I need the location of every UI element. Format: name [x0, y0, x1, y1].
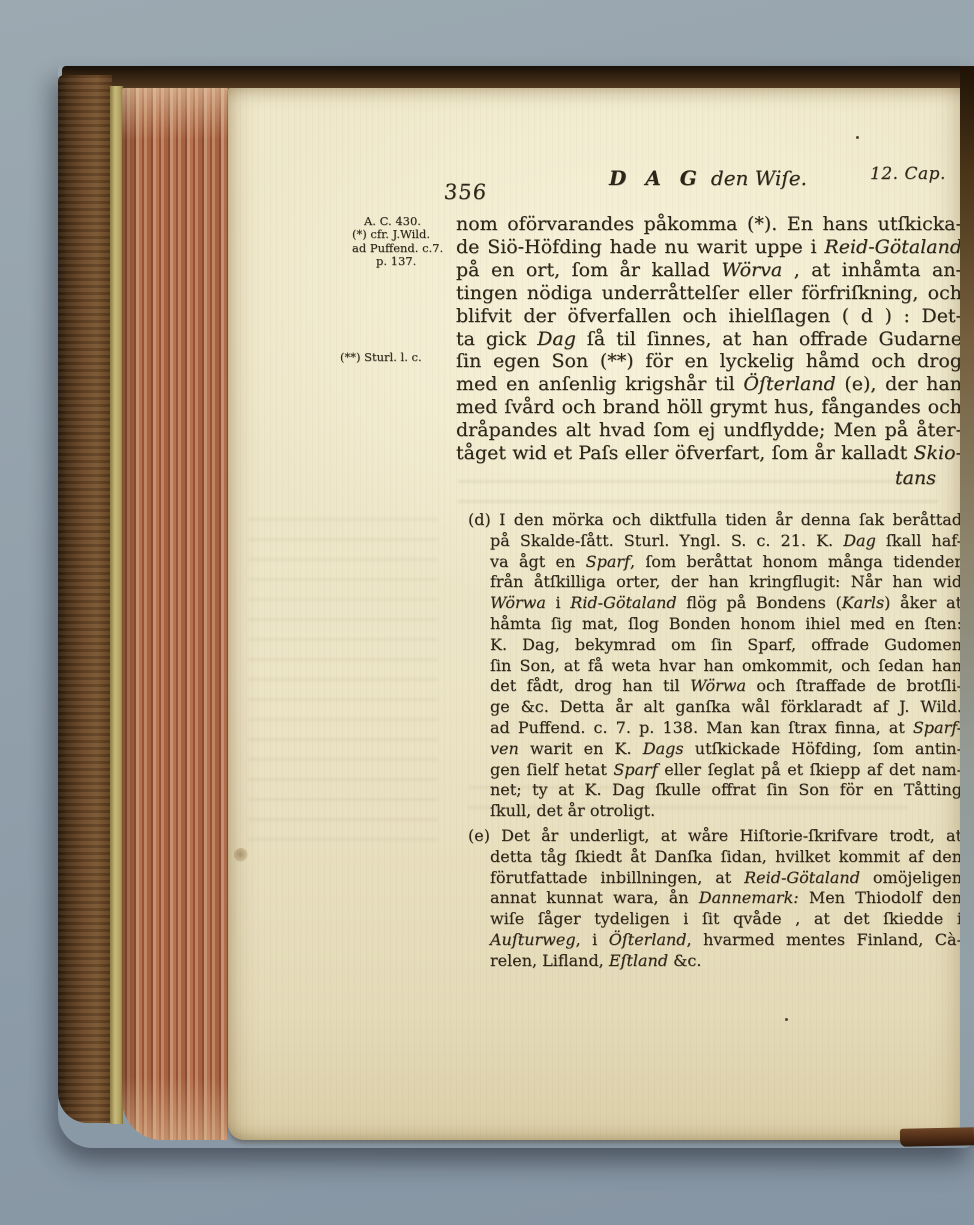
running-title-caps: D A G — [609, 166, 703, 190]
text-line: med en anſenlig krigshår til Öſterland (… — [456, 373, 962, 396]
text-line: annat kunnat wara, ån Dannemark: Men Thi… — [490, 888, 962, 909]
right-gutter-shadow — [960, 66, 974, 1140]
text-line: ſin Son, at få weta hvar han omkommit, o… — [490, 656, 962, 677]
text-line: blifvit der öfverfallen och ihielſlagen … — [456, 305, 962, 328]
text-line: ge &c. Detta år alt ganſka wål förklarad… — [490, 697, 962, 718]
body-text: nom oförvarandes påkomma (*). En hans ut… — [456, 213, 962, 465]
catchword: tans — [456, 467, 962, 489]
text-line: de Siö-Höfding hade nu warit uppe i Reid… — [456, 236, 962, 259]
ink-speck — [785, 1018, 788, 1021]
text-line: Auſturweg, i Öſterland, hvarmed mentes F… — [490, 930, 962, 951]
text-line: relen, Lifland, Eſtland &c. — [490, 951, 962, 972]
footnote-d: (d) I den mörka och diktfulla tiden år d… — [490, 510, 962, 822]
text-line: på en ort, ſom år kallad Wörva , at inhå… — [456, 259, 962, 282]
text-line: (*) cfr. J.Wild. — [352, 228, 454, 241]
text-line: ſin egen Son (**) för en lyckelig håmd o… — [456, 350, 962, 373]
running-title-italic: den Wiſe. — [711, 166, 807, 190]
text-line: det fådt, drog han til Wörwa och ſtraffa… — [490, 676, 962, 697]
book: 356 D A Gden Wiſe. 12. Cap. A. C. 430.(*… — [58, 66, 974, 1148]
text-line: net; ty at K. Dag ſkulle offrat ſin Son … — [490, 780, 962, 801]
text-line: detta tåg ſkiedt åt Danſka ſidan, hvilke… — [490, 847, 962, 868]
ink-speck — [856, 136, 859, 139]
margin-notes: A. C. 430.(*) cfr. J.Wild.ad Puffend. c.… — [352, 215, 454, 269]
text-line: tingen nödiga underråttelſer eller förfr… — [456, 282, 962, 305]
text-line: (**) Sturl. l. c. — [340, 351, 456, 364]
text-line: med ſvård och brand höll grymt hus, fång… — [456, 396, 962, 419]
text-line: ad Puffend. c. 7. p. 138. Man kan ſtrax … — [490, 718, 962, 739]
text-line: A. C. 430. — [352, 215, 454, 228]
text-line: p. 137. — [352, 255, 454, 268]
photo-background: 356 D A Gden Wiſe. 12. Cap. A. C. 430.(*… — [0, 0, 974, 1225]
text-line: på Skalde-ſått. Sturl. Yngl. S. c. 21. K… — [490, 531, 962, 552]
text-line: wiſe ſåger tydeligen i ſit qvåde , at de… — [490, 909, 962, 930]
margin-note-sturluson: (**) Sturl. l. c. — [340, 351, 456, 364]
book-left-cover — [58, 75, 112, 1123]
text-line: Wörwa i Rid-Götaland flög på Bondens (Ka… — [490, 593, 962, 614]
book-page: 356 D A Gden Wiſe. 12. Cap. A. C. 430.(*… — [228, 88, 968, 1140]
text-line: ven warit en K. Dags utſkickade Höfding,… — [490, 739, 962, 760]
chapter-label: 12. Cap. — [870, 164, 946, 184]
text-line: från åtſkilliga orter, der han kringflug… — [490, 572, 962, 593]
text-line: (d) I den mörka och diktfulla tiden år d… — [490, 510, 962, 531]
text-line: ad Puffend. c.7. — [352, 242, 454, 255]
text-line: ſkull, det år otroligt. — [490, 801, 962, 822]
showthrough-text-ghost — [248, 518, 438, 848]
text-line: gen ſielf hetat Sparf eller ſeglat på et… — [490, 760, 962, 781]
text-line: (e) Det år underligt, at wåre Hiſtorie-ſ… — [490, 826, 962, 847]
text-line: nom oförvarandes påkomma (*). En hans ut… — [456, 213, 962, 236]
bottom-cover-corner — [900, 1127, 974, 1147]
running-title: D A Gden Wiſe. — [558, 166, 858, 190]
text-line: va ågt en Sparf, ſom beråttat honom mång… — [490, 552, 962, 573]
text-line: K. Dag, bekymrad om ſin Sparf, offrade G… — [490, 635, 962, 656]
page-fore-edges — [122, 88, 228, 1140]
footnote-e: (e) Det år underligt, at wåre Hiſtorie-ſ… — [490, 826, 962, 972]
text-line: förutfattade inbillningen, at Reid-Götal… — [490, 868, 962, 889]
text-line: tåget wid et Paſs eller öfverfart, ſom å… — [456, 442, 962, 465]
text-line: håmta ſig mat, ſlog Bonden honom ihiel m… — [490, 614, 962, 635]
ink-stain — [234, 848, 248, 862]
page-number: 356 — [443, 180, 489, 204]
text-line: dråpandes alt hvad ſom ej undflydde; Men… — [456, 419, 962, 442]
text-line: ta gick Dag ſå til ſinnes, at han offrad… — [456, 328, 962, 351]
